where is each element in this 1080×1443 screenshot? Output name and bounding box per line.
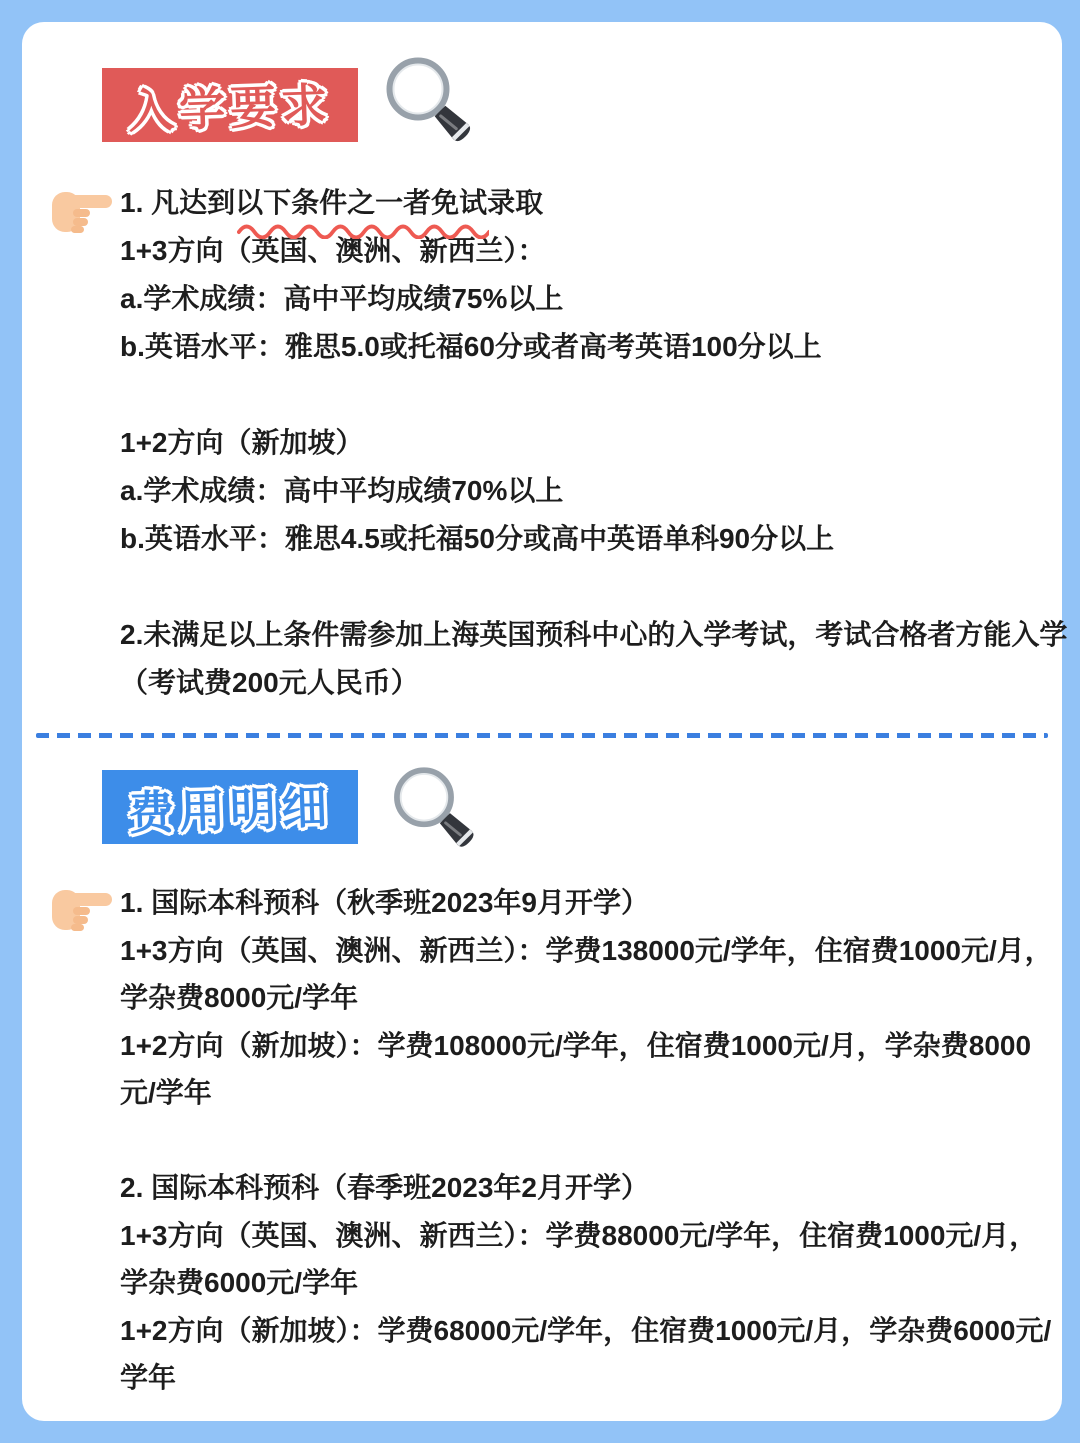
fees-badge-label: 费用明细 xyxy=(127,770,333,843)
fees-line: 元/学年 xyxy=(120,1069,1042,1117)
admission-line-blank xyxy=(120,371,1042,419)
magnifier-icon xyxy=(386,764,481,859)
admission-text-block: 1. 凡达到以下条件之一者免试录取 1+3方向（英国、澳洲、新西兰）： a.学术… xyxy=(120,179,1042,707)
fees-line: 1+2方向（新加坡）：学费108000元/学年，住宿费1000元/月，学杂费80… xyxy=(120,1022,1042,1070)
fees-line: 1+3方向（英国、澳洲、新西兰）：学费138000元/学年，住宿费1000元/月… xyxy=(120,927,1042,975)
fees-line: 2. 国际本科预科（春季班2023年2月开学） xyxy=(120,1164,1042,1212)
magnifier-icon xyxy=(378,54,478,154)
fees-line: 1. 国际本科预科（秋季班2023年9月开学） xyxy=(120,879,1042,927)
admission-line: 2.未满足以上条件需参加上海英国预科中心的入学考试，考试合格者方能入学 xyxy=(120,611,1042,659)
admission-line: a.学术成绩：高中平均成绩70%以上 xyxy=(120,467,1042,515)
section-divider xyxy=(36,733,1048,738)
point1-suffix: 录取 xyxy=(487,187,543,218)
fees-line: 学杂费6000元/学年 xyxy=(120,1259,1042,1307)
pointing-finger-icon xyxy=(48,186,114,236)
admission-line: b.英语水平：雅思5.0或托福60分或者高考英语100分以上 xyxy=(120,323,1042,371)
admission-line: a.学术成绩：高中平均成绩75%以上 xyxy=(120,275,1042,323)
admission-line-blank xyxy=(120,563,1042,611)
fees-line: 1+2方向（新加坡）：学费68000元/学年，住宿费1000元/月，学杂费600… xyxy=(120,1307,1042,1355)
fees-line: 学年 xyxy=(120,1354,1042,1402)
admission-badge-label: 入学要求 xyxy=(127,68,333,141)
fees-text-block: 1. 国际本科预科（秋季班2023年9月开学） 1+3方向（英国、澳洲、新西兰）… xyxy=(120,879,1042,1402)
point1-prefix: 1. 凡达到 xyxy=(120,187,235,218)
fees-line-blank xyxy=(120,1117,1042,1165)
fees-section-badge: 费用明细 xyxy=(102,770,358,844)
point1-highlight: 以下条件之一者免试 xyxy=(235,179,487,227)
fees-line: 1+3方向（英国、澳洲、新西兰）：学费88000元/学年，住宿费1000元/月， xyxy=(120,1212,1042,1260)
admission-line: （考试费200元人民币） xyxy=(120,659,1042,707)
admission-line: b.英语水平：雅思4.5或托福50分或高中英语单科90分以上 xyxy=(120,515,1042,563)
pointing-finger-icon xyxy=(48,884,114,934)
admission-line: 1+2方向（新加坡） xyxy=(120,419,1042,467)
page-background: { "page": { "frame_color": "#92c3f7", "c… xyxy=(0,0,1080,1443)
admission-point-1: 1. 凡达到以下条件之一者免试录取 xyxy=(120,179,1042,227)
content-card: 入学要求 1. 凡达到以下条件之一者免试录取 1+3方向（英国、澳洲、新西兰）：… xyxy=(22,22,1062,1421)
wavy-underline-icon xyxy=(237,223,489,239)
point1-highlight-text: 以下条件之一者免试 xyxy=(235,187,487,218)
admission-section-badge: 入学要求 xyxy=(102,68,358,142)
fees-line: 学杂费8000元/学年 xyxy=(120,974,1042,1022)
